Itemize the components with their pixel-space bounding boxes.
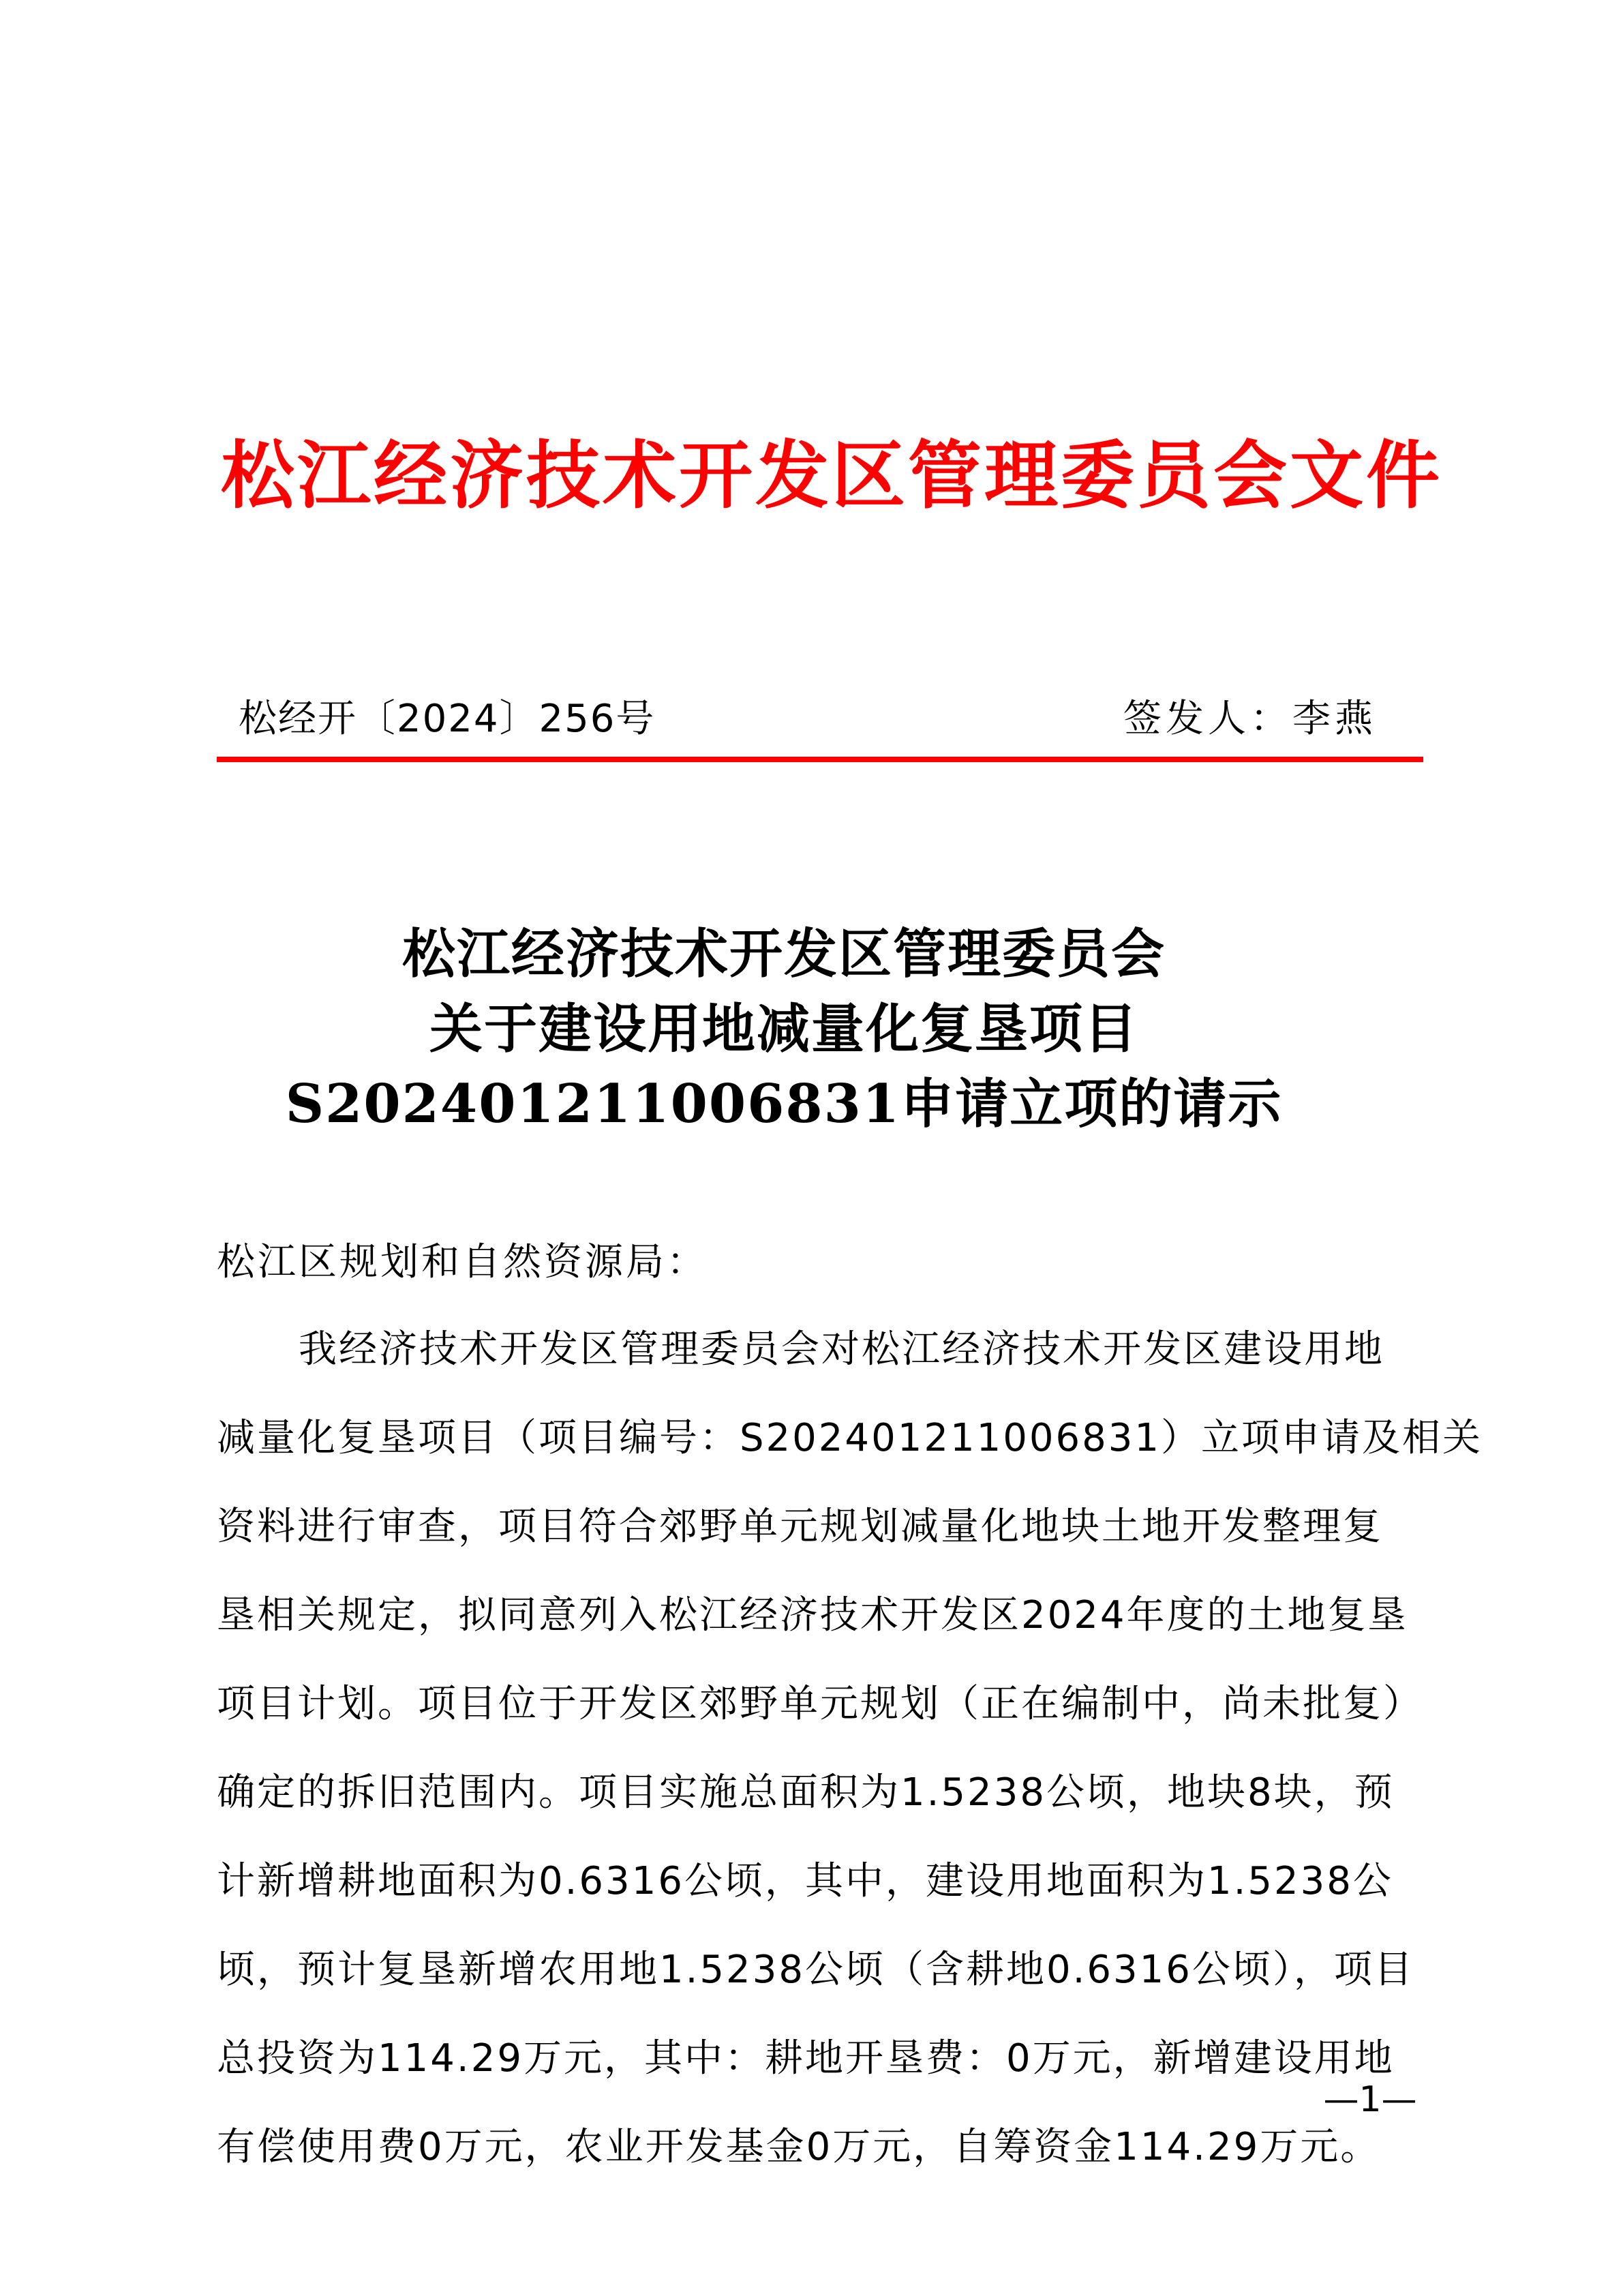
- body-line: 项目计划。项目位于开发区郊野单元规划（正在编制中，尚未批复）: [217, 1660, 1430, 1749]
- body-line: 计新增耕地面积为0.6316公顷，其中，建设用地面积为1.5238公: [217, 1837, 1430, 1926]
- body-line: 有偿使用费0万元，农业开发基金0万元，自筹资金114.29万元。: [217, 2103, 1430, 2192]
- page-number: —1—: [1295, 2072, 1445, 2127]
- document-title: 松江经济技术开发区管理委员会 关于建设用地减量化复垦项目 S2024012110…: [204, 917, 1363, 1142]
- title-line: S202401211006831申请立项的请示: [204, 1067, 1363, 1142]
- document-page: 松江经济技术开发区管理委员会文件 松经开〔2024〕256号 签发人：李燕 松江…: [0, 0, 1623, 2296]
- document-header-title: 松江经济技术开发区管理委员会文件: [164, 428, 1500, 524]
- body-line: 我经济技术开发区管理委员会对松江经济技术开发区建设用地: [217, 1305, 1430, 1394]
- addressee: 松江区规划和自然资源局：: [217, 1235, 708, 1290]
- document-number-row: 松经开〔2024〕256号 签发人：李燕: [218, 689, 1418, 750]
- document-number: 松经开〔2024〕256号: [239, 689, 655, 750]
- signer: 签发人：李燕: [1123, 689, 1377, 750]
- body-line: 顷，预计复垦新增农用地1.5238公顷（含耕地0.6316公顷），项目: [217, 1926, 1430, 2014]
- body-line: 总投资为114.29万元，其中：耕地开垦费：0万元，新增建设用地: [217, 2014, 1430, 2103]
- body-line: 垦相关规定，拟同意列入松江经济技术开发区2024年度的土地复垦: [217, 1571, 1430, 1660]
- title-line: 关于建设用地减量化复垦项目: [204, 992, 1363, 1067]
- title-line: 松江经济技术开发区管理委员会: [204, 917, 1363, 992]
- body-paragraph: 我经济技术开发区管理委员会对松江经济技术开发区建设用地 减量化复垦项目（项目编号…: [217, 1305, 1430, 2192]
- red-divider-line: [217, 757, 1423, 762]
- body-line: 确定的拆旧范围内。项目实施总面积为1.5238公顷，地块8块，预: [217, 1749, 1430, 1837]
- body-line: 减量化复垦项目（项目编号：S202401211006831）立项申请及相关: [217, 1394, 1430, 1483]
- body-line: 资料进行审查，项目符合郊野单元规划减量化地块土地开发整理复: [217, 1483, 1430, 1571]
